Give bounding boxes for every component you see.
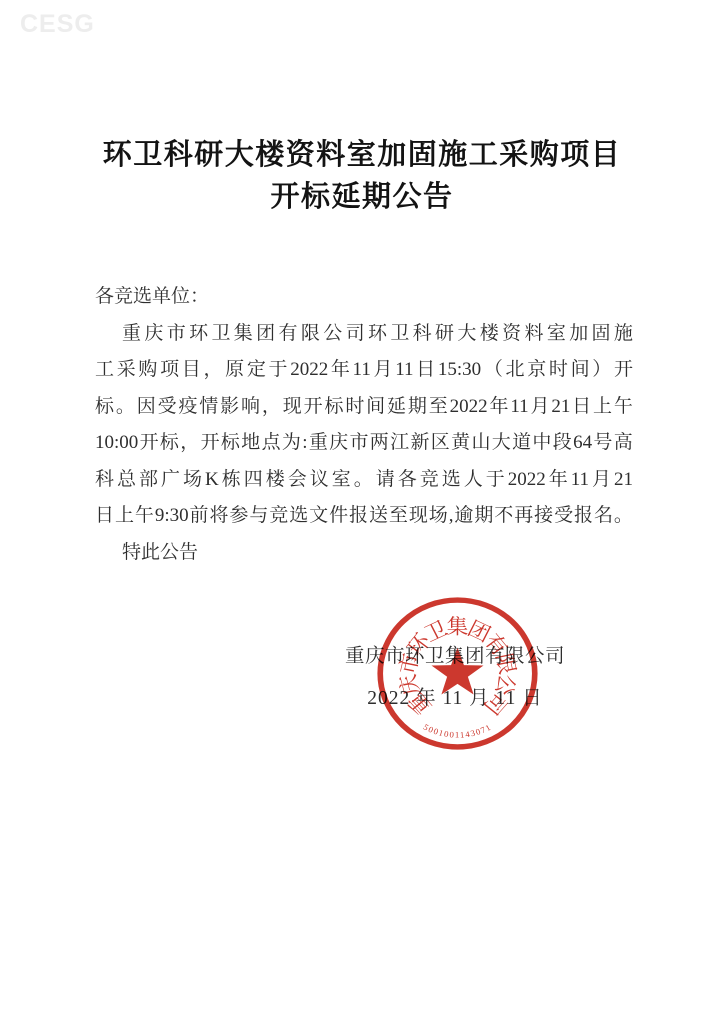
text-token: 。 (614, 498, 633, 535)
text-token: 集 (234, 316, 253, 353)
text-token: 室 (547, 316, 566, 353)
text-token: 期 (408, 389, 427, 426)
text-token: 月 (530, 389, 549, 426)
text-token: 标 (221, 425, 240, 462)
text-token: 号 (593, 425, 612, 462)
text-token: 名 (594, 498, 613, 535)
paragraph-line-5: 科总部广场K栋四楼会议室。请各竞选人于2022年11月21 (95, 462, 633, 499)
text-token: 目 (182, 352, 201, 389)
text-token: 响 (241, 389, 260, 426)
text-token: 研 (435, 316, 454, 353)
text-token: 资 (502, 316, 521, 353)
text-token: 延 (387, 389, 406, 426)
text-token: 点 (262, 425, 281, 462)
text-token: 上 (115, 498, 134, 535)
text-token: 9:30 (155, 498, 189, 535)
seal-arc-char: 庆 (395, 672, 424, 698)
text-token: 团 (256, 316, 275, 353)
text-token: 司 (346, 316, 365, 353)
text-token: 年 (549, 462, 568, 499)
text-token: K (205, 462, 219, 499)
text-token: 请 (376, 462, 395, 499)
paragraph-line-4: 10:00开标，开标地点为:重庆市两江新区黄山大道中段64号高 (95, 425, 633, 462)
text-token: 标 (95, 389, 114, 426)
text-token: 送 (369, 498, 388, 535)
text-token: 高 (614, 425, 633, 462)
text-token: 前 (190, 498, 209, 535)
text-token: 购 (138, 352, 157, 389)
text-token: 黄 (451, 425, 470, 462)
text-token: 再 (514, 498, 533, 535)
text-token: 时 (549, 352, 568, 389)
text-token: 新 (410, 425, 429, 462)
text-token: 期 (474, 498, 493, 535)
text-token: 区 (431, 425, 450, 462)
text-token: 栋 (222, 462, 241, 499)
text-token: 21 (614, 462, 633, 499)
company-seal: 重庆市环卫集团有限公司 5001001143071 (377, 597, 538, 750)
text-token: 10:00 (95, 425, 138, 462)
text-token: 两 (370, 425, 389, 462)
text-token: 地 (241, 425, 260, 462)
text-token: 定 (247, 352, 266, 389)
seal-number: 5001001143071 (422, 722, 494, 740)
text-token: 与 (249, 498, 268, 535)
text-token: 采 (117, 352, 136, 389)
text-token: 月 (592, 462, 611, 499)
text-token: ， (180, 425, 199, 462)
text-token: 庆 (329, 425, 348, 462)
paragraph-line-1: 重庆市环卫集团有限公司环卫科研大楼资料室加固施 (95, 316, 633, 353)
text-token: ） (592, 352, 611, 389)
text-token: 至 (429, 389, 448, 426)
text-token: 竞 (420, 462, 439, 499)
text-token: 2022 (508, 462, 546, 499)
text-token: 11 (510, 389, 528, 426)
text-token: 选 (442, 462, 461, 499)
text-token: 环 (368, 316, 387, 353)
text-token: 四 (244, 462, 263, 499)
text-token: 11 (571, 462, 589, 499)
text-token: 卫 (390, 316, 409, 353)
text-token: 选 (289, 498, 308, 535)
text-token: ， (203, 352, 222, 389)
text-token: ， (262, 389, 281, 426)
text-token: : (302, 425, 307, 462)
text-token: 广 (161, 462, 180, 499)
text-token: 重 (309, 425, 328, 462)
cesg-watermark: CESG (20, 10, 95, 39)
text-token: 逾 (454, 498, 473, 535)
text-token: 2022 (290, 352, 328, 389)
text-token: 月 (374, 352, 393, 389)
text-token: 报 (574, 498, 593, 535)
text-token: 午 (614, 389, 633, 426)
text-token: 15:30 (438, 352, 481, 389)
text-token: 项 (160, 352, 179, 389)
text-token: 现 (283, 389, 302, 426)
text-token: 场 (183, 462, 202, 499)
text-token: 日 (572, 389, 591, 426)
text-token: 开 (614, 352, 633, 389)
text-token: 上 (593, 389, 612, 426)
text-token: 64 (573, 425, 592, 462)
text-token: 市 (167, 316, 186, 353)
text-token: 间 (571, 352, 590, 389)
text-token: 间 (366, 389, 385, 426)
text-token: 楼 (266, 462, 285, 499)
text-token: 疫 (178, 389, 197, 426)
text-token: 情 (199, 389, 218, 426)
text-token: 中 (532, 425, 551, 462)
text-token: 开 (140, 425, 159, 462)
document-body: 各竞选单位： 重庆市环卫集团有限公司环卫科研大楼资料室加固施 工采购项目，原定于… (95, 279, 633, 571)
text-token: 21 (551, 389, 570, 426)
text-token: 报 (349, 498, 368, 535)
text-token: 开 (304, 389, 323, 426)
text-token: 原 (225, 352, 244, 389)
text-token: 2022 (450, 389, 488, 426)
text-token: 。 (116, 389, 135, 426)
text-token: 北 (506, 352, 525, 389)
document-title: 环卫科研大楼资料室加固施工采购项目 开标延期公告 (0, 134, 724, 218)
text-token: 环 (189, 316, 208, 353)
text-token: 件 (329, 498, 348, 535)
text-token: 午 (135, 498, 154, 535)
text-token: 加 (569, 316, 588, 353)
text-token: 市 (349, 425, 368, 462)
text-token: 竞 (269, 498, 288, 535)
text-token: 将 (209, 498, 228, 535)
text-token: 为 (282, 425, 301, 462)
text-token: 标 (160, 425, 179, 462)
text-token: , (449, 498, 454, 535)
text-token: 至 (389, 498, 408, 535)
text-token: 京 (527, 352, 546, 389)
text-token: 。 (354, 462, 373, 499)
text-token: 卫 (211, 316, 230, 353)
text-token: 现 (409, 498, 428, 535)
text-token: 总 (117, 462, 136, 499)
text-token: 年 (489, 389, 508, 426)
text-token: 料 (524, 316, 543, 353)
text-token: 有 (279, 316, 298, 353)
text-token: 年 (331, 352, 350, 389)
text-token: 大 (492, 425, 511, 462)
text-token: 固 (592, 316, 611, 353)
text-token: 部 (139, 462, 158, 499)
text-token: 参 (229, 498, 248, 535)
text-token: 影 (220, 389, 239, 426)
document-page: CESG 环卫科研大楼资料室加固施工采购项目 开标延期公告 各竞选单位： 重庆市… (0, 0, 724, 1024)
title-line-2: 开标延期公告 (0, 176, 724, 218)
paragraph-line-6: 日上午9:30前将参与竞选文件报送至现场,逾期不再接受报名。 (95, 498, 633, 535)
text-token: 接 (534, 498, 553, 535)
salutation: 各竞选单位： (95, 279, 633, 316)
text-token: 江 (390, 425, 409, 462)
text-token: 施 (614, 316, 633, 353)
text-token: 文 (309, 498, 328, 535)
text-token: 段 (553, 425, 572, 462)
text-token: 标 (324, 389, 343, 426)
text-token: 受 (554, 498, 573, 535)
text-token: 不 (494, 498, 513, 535)
text-token: 室 (332, 462, 351, 499)
text-token: 道 (512, 425, 531, 462)
text-token: 科 (413, 316, 432, 353)
text-token: 公 (323, 316, 342, 353)
text-token: 因 (137, 389, 156, 426)
text-token: 工 (95, 352, 114, 389)
text-token: 11 (353, 352, 371, 389)
text-token: 重 (122, 316, 141, 353)
title-line-1: 环卫科研大楼资料室加固施工采购项目 (0, 134, 724, 176)
text-token: 山 (471, 425, 490, 462)
seal-arc-char: 限 (491, 651, 520, 676)
paragraph-line-3: 标。因受疫情影响，现开标时间延期至2022年11月21日上午 (95, 389, 633, 426)
text-token: 大 (457, 316, 476, 353)
closing-note: 特此公告 (95, 535, 633, 572)
paragraph-line-2: 工采购项目，原定于2022年11月11日15:30（北京时间）开 (95, 352, 633, 389)
seal-star-icon (431, 647, 483, 694)
text-token: 议 (310, 462, 329, 499)
text-token: 会 (288, 462, 307, 499)
text-token: 庆 (144, 316, 163, 353)
text-token: 11 (395, 352, 413, 389)
text-token: 日 (416, 352, 435, 389)
text-token: 于 (269, 352, 288, 389)
text-token: 于 (486, 462, 505, 499)
text-token: 时 (345, 389, 364, 426)
text-token: 科 (95, 462, 114, 499)
text-token: 日 (95, 498, 114, 535)
text-token: 各 (398, 462, 417, 499)
text-token: 人 (464, 462, 483, 499)
text-token: （ (484, 352, 503, 389)
text-token: 开 (201, 425, 220, 462)
text-token: 限 (301, 316, 320, 353)
text-token: 场 (429, 498, 448, 535)
text-token: 楼 (480, 316, 499, 353)
text-token: 受 (158, 389, 177, 426)
